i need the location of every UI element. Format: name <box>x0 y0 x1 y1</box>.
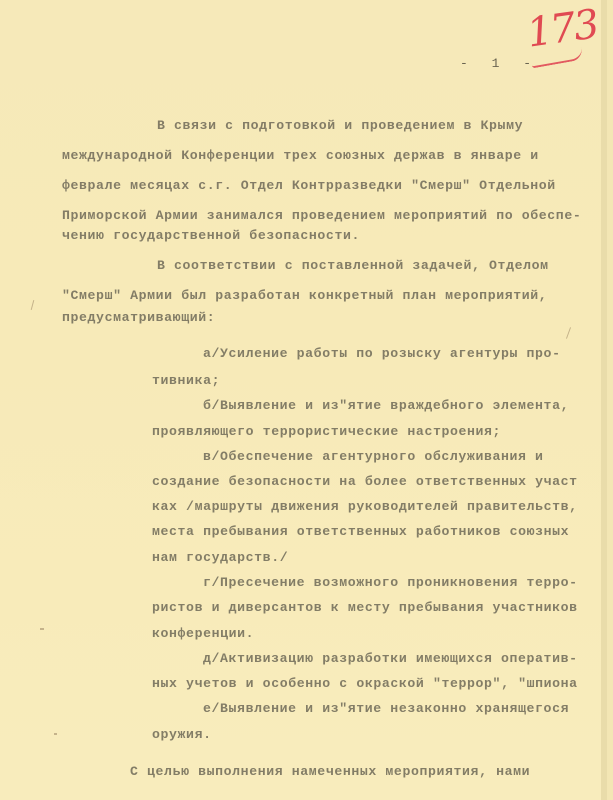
text-line: д/Активизацию разработки имеющихся опера… <box>203 651 578 666</box>
text-line: ках /маршруты движения руководителей пра… <box>152 499 578 514</box>
text-line: предусматривающий: <box>62 310 215 325</box>
text-line: ристов и диверсантов к месту пребывания … <box>152 600 578 615</box>
text-line: места пребывания ответственных работнико… <box>152 524 569 539</box>
text-line: оружия. <box>152 727 212 742</box>
text-line: международной Конференции трех союзных д… <box>62 148 539 163</box>
text-line: создание безопасности на более ответстве… <box>152 474 578 489</box>
pencil-tick-mark <box>31 300 35 310</box>
text-line: В связи с подготовкой и проведением в Кр… <box>157 118 523 133</box>
text-line: в/Обеспечение агентурного обслуживания и <box>203 449 544 464</box>
text-line: г/Пресечение возможного проникновения те… <box>203 575 578 590</box>
text-line: чению государственной безопасности. <box>62 228 360 243</box>
text-line: Приморской Армии занимался проведением м… <box>62 208 581 223</box>
text-line: В соответствии с поставленной задачей, О… <box>157 258 549 273</box>
speck-mark <box>40 628 44 630</box>
page-edge <box>601 0 607 800</box>
text-line: нам государств./ <box>152 550 288 565</box>
text-line: а/Усиление работы по розыску агентуры пр… <box>203 346 561 361</box>
text-line: С целью выполнения намеченных мероприяти… <box>130 764 530 779</box>
page-number: - 1 - <box>460 56 539 71</box>
pencil-tick-mark <box>566 327 571 339</box>
text-line: ных учетов и особенно с окраской "террор… <box>152 676 578 691</box>
document-page: 173 - 1 - В связи с подготовкой и провед… <box>0 0 607 800</box>
text-line: тивника; <box>152 373 220 388</box>
folio-number-handwritten: 173 <box>524 1 600 56</box>
text-line: е/Выявление и из"ятие незаконно хранящег… <box>203 701 569 716</box>
text-line: проявляющего террористические настроения… <box>152 424 501 439</box>
text-line: б/Выявление и из"ятие враждебного элемен… <box>203 398 569 413</box>
text-line: конференции. <box>152 626 254 641</box>
text-line: феврале месяцах с.г. Отдел Контрразведки… <box>62 178 556 193</box>
speck-mark <box>54 733 57 735</box>
text-line: "Смерш" Армии был разработан конкретный … <box>62 288 547 303</box>
